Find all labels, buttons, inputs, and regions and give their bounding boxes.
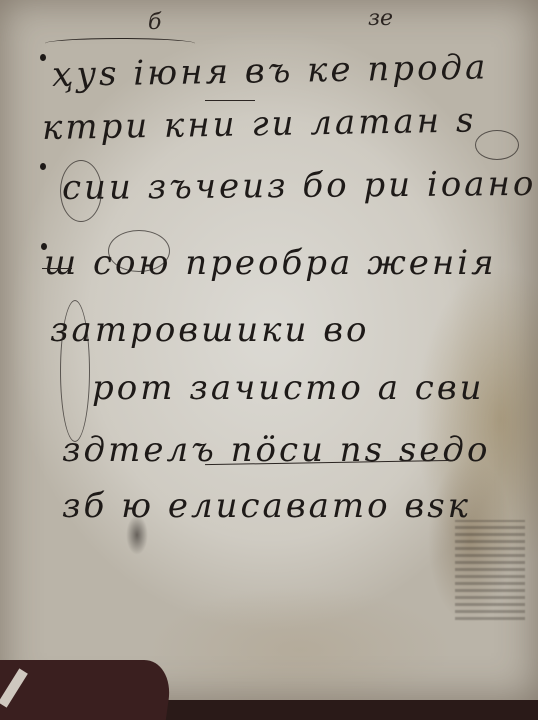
underline-stroke [42,268,72,269]
superscript-right: зе [368,6,393,31]
manuscript-line-6: рот зачисто а сви [92,368,485,408]
superscript-left: б [148,10,161,35]
flourish-stroke [60,300,90,442]
manuscript-line-1: ҳуѕ іюня въ ке прода [52,47,489,95]
manuscript-line-3: сии зъчеиз бо ри іоано [62,164,537,208]
manuscript-page: б зе ҳуѕ іюня въ ке прода ктри кни ги ла… [0,0,538,700]
line-marker-dot [40,163,46,170]
manuscript-line-2: ктри кни ги латан ѕ [42,100,477,148]
flourish-loop [475,130,519,160]
line-marker-dot [40,54,46,61]
flourish-loop [60,160,102,222]
manuscript-line-8: зб ю елисавато вѕк [62,486,471,526]
titlo-stroke [205,100,255,101]
book-binding [0,660,174,700]
flourish-loop [108,230,170,272]
swash-stroke [45,38,195,49]
stain-mark [455,520,525,620]
manuscript-line-7: здтелъ пöси пѕ ѕедо [62,430,490,470]
manuscript-line-5: затровшики во [50,310,369,350]
